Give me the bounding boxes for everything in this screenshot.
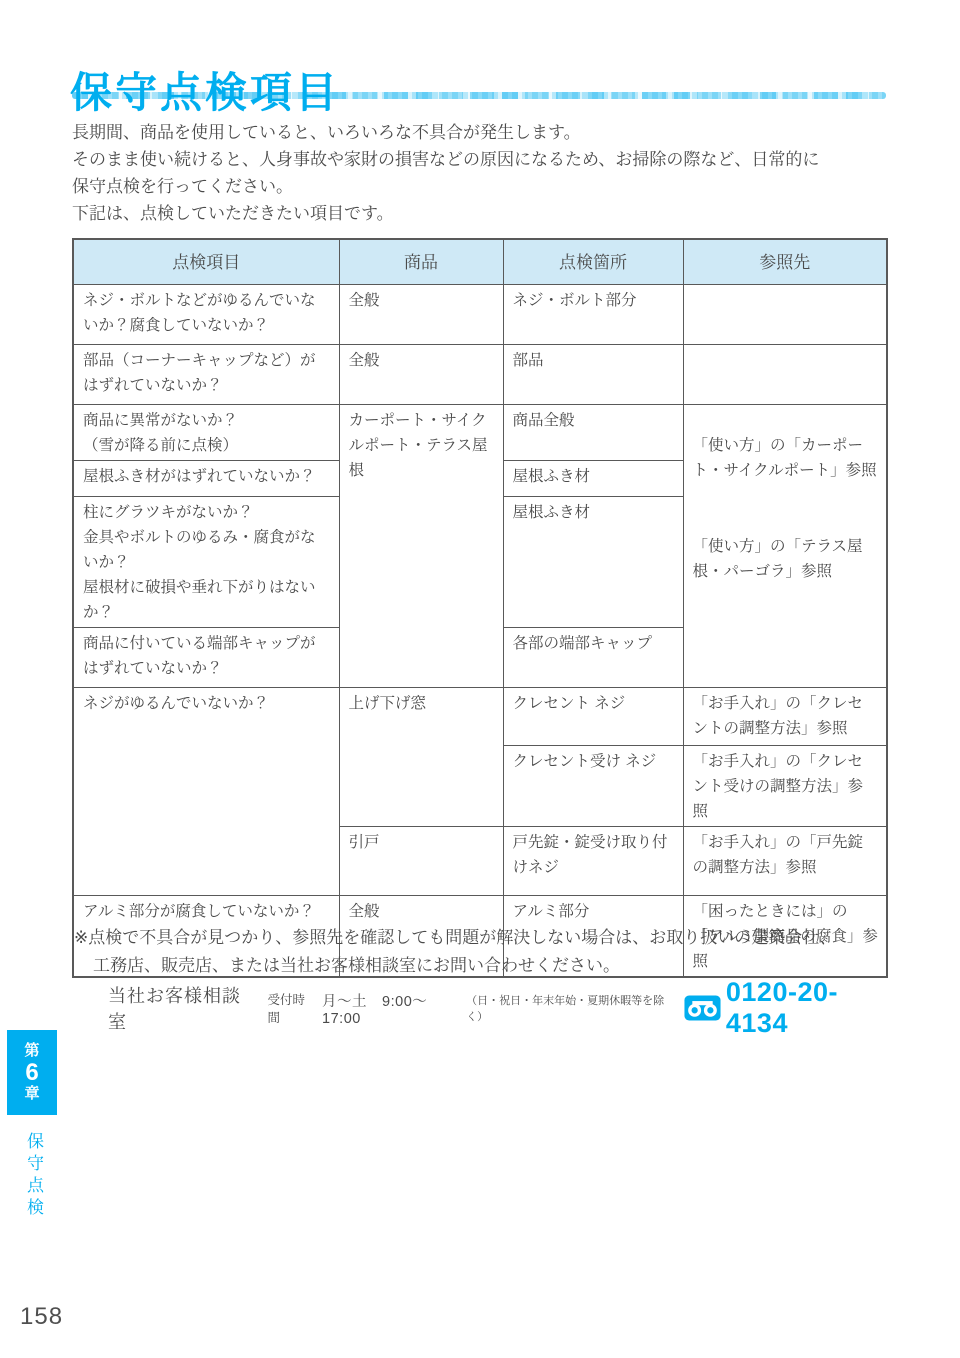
inspection-table: 点検項目 商品 点検箇所 参照先 ネジ・ボルトなどがゆるんでいないか？腐食してい…	[72, 238, 888, 978]
table-row: ネジがゆるんでいないか？ 上げ下げ窓 クレセント ネジ 「お手入れ」の「クレセン…	[73, 688, 887, 746]
cell-location: ネジ・ボルト部分	[503, 285, 683, 345]
page-number: 158	[20, 1303, 63, 1331]
support-label: 当社お客様相談室	[108, 982, 249, 1034]
chapter-tab: 第 6 章	[7, 1030, 57, 1115]
cell-reference: 「お手入れ」の「クレセントの調整方法」参照	[683, 688, 887, 746]
cell-item: ネジ・ボルトなどがゆるんでいないか？腐食していないか？	[73, 285, 339, 345]
cell-reference	[683, 285, 887, 345]
chapter-suffix: 章	[24, 1086, 39, 1103]
cell-product: 全般	[339, 285, 503, 345]
chapter-label-vertical: 保守点検	[21, 1132, 46, 1252]
cell-location: 商品全般	[503, 405, 683, 461]
chapter-prefix: 第	[24, 1043, 39, 1060]
column-header-reference: 参照先	[683, 239, 887, 285]
table-row: 部品（コーナーキャップなど）がはずれていないか？ 全般 部品	[73, 345, 887, 405]
cell-reference: 「お手入れ」の「戸先錠の調整方法」参照	[683, 827, 887, 896]
cell-item: 部品（コーナーキャップなど）がはずれていないか？	[73, 345, 339, 405]
support-hours-label: 受付時間	[267, 990, 314, 1026]
cell-location: 各部の端部キャップ	[503, 628, 683, 688]
cell-item: 商品に異常がないか？ （雪が降る前に点検）	[73, 405, 339, 461]
support-exception: （日・祝日・年末年始・夏期休暇等を除く）	[466, 992, 671, 1024]
support-phone-number: 0120-20-4134	[726, 977, 888, 1039]
table-header-row: 点検項目 商品 点検箇所 参照先	[73, 239, 887, 285]
cell-product: 上げ下げ窓	[339, 688, 503, 827]
cell-reference	[683, 345, 887, 405]
support-hours: 月～土 9:00～17:00	[322, 990, 456, 1027]
freedial-icon	[684, 995, 721, 1021]
table-row: ネジ・ボルトなどがゆるんでいないか？腐食していないか？ 全般 ネジ・ボルト部分	[73, 285, 887, 345]
customer-support-row: 当社お客様相談室 受付時間 月～土 9:00～17:00 （日・祝日・年末年始・…	[108, 992, 888, 1024]
cell-item: 商品に付いている端部キャップがはずれていないか？	[73, 628, 339, 688]
cell-product: 全般	[339, 345, 503, 405]
cell-location: 屋根ふき材	[503, 497, 683, 628]
cell-item: 柱にグラツキがないか？ 金具やボルトのゆるみ・腐食がないか？ 屋根材に破損や垂れ…	[73, 497, 339, 628]
intro-text: 長期間、商品を使用していると、いろいろな不具合が発生します。 そのまま使い続ける…	[72, 119, 902, 227]
cell-location: 部品	[503, 345, 683, 405]
column-header-item: 点検項目	[73, 239, 339, 285]
reference-paragraph: 「使い方」の「テラス屋根・パーゴラ」参照	[693, 534, 879, 584]
cell-reference: 「お手入れ」の「クレセント受けの調整方法」参照	[683, 746, 887, 827]
cell-location: 戸先錠・錠受け取り付けネジ	[503, 827, 683, 896]
cell-location: 屋根ふき材	[503, 461, 683, 497]
cell-product: 引戸	[339, 827, 503, 896]
chapter-number: 6	[25, 1061, 38, 1085]
cell-location: クレセント ネジ	[503, 688, 683, 746]
cell-reference: 「使い方」の「カーポート・サイクルポート」参照 「使い方」の「テラス屋根・パーゴ…	[683, 405, 887, 688]
manual-page: 保守点検項目 長期間、商品を使用していると、いろいろな不具合が発生します。 その…	[0, 0, 960, 1358]
column-header-location: 点検箇所	[503, 239, 683, 285]
reference-paragraph: 「使い方」の「カーポート・サイクルポート」参照	[693, 433, 879, 483]
cell-location: クレセント受け ネジ	[503, 746, 683, 827]
table-row: 商品に異常がないか？ （雪が降る前に点検） カーポート・サイクルポート・テラス屋…	[73, 405, 887, 461]
cell-item: ネジがゆるんでいないか？	[73, 688, 339, 896]
cell-item: 屋根ふき材がはずれていないか？	[73, 461, 339, 497]
title-brush-underline	[72, 92, 886, 99]
footnote-text: ※点検で不具合が見つかり、参照先を確認しても問題が解決しない場合は、お取り扱いの…	[74, 924, 933, 980]
cell-product: カーポート・サイクルポート・テラス屋根	[339, 405, 503, 688]
column-header-product: 商品	[339, 239, 503, 285]
